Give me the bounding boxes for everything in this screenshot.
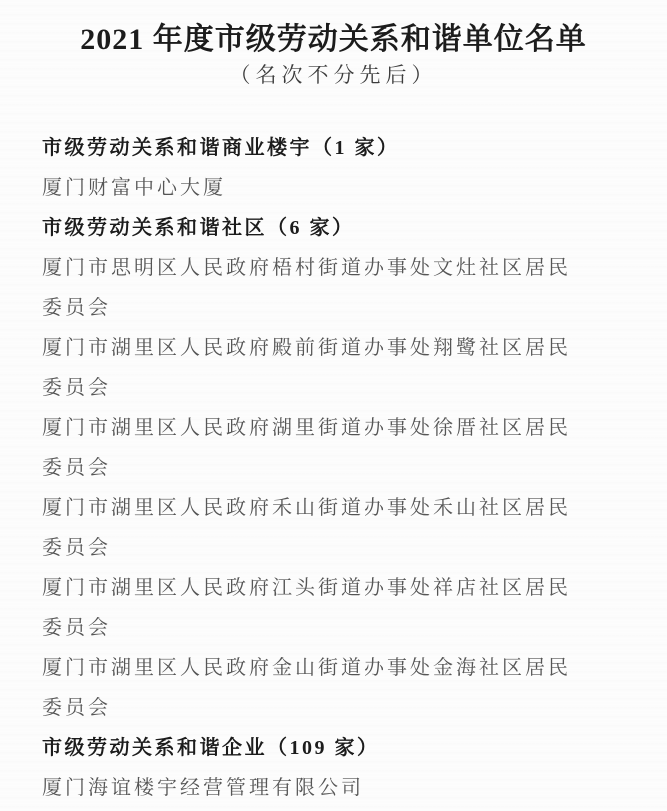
list-item-line: 厦门市湖里区人民政府殿前街道办事处翔鹭社区居民	[42, 328, 627, 368]
document-page: 2021 年度市级劳动关系和谐单位名单 （名次不分先后） 市级劳动关系和谐商业楼…	[0, 0, 667, 811]
list-item: 厦门市湖里区人民政府禾山街道办事处禾山社区居民 委员会	[42, 488, 627, 568]
section-heading-enterprises: 市级劳动关系和谐企业（109 家）	[42, 728, 627, 768]
section-heading-commercial-buildings: 市级劳动关系和谐商业楼宇（1 家）	[42, 128, 627, 168]
list-item-line: 厦门财富中心大厦	[42, 168, 627, 208]
list-item: 厦门市湖里区人民政府江头街道办事处祥店社区居民 委员会	[42, 568, 627, 648]
list-item-line: 厦门市湖里区人民政府金山街道办事处金海社区居民	[42, 648, 627, 688]
section-heading-communities: 市级劳动关系和谐社区（6 家）	[42, 208, 627, 248]
list-item-line: 委员会	[42, 448, 627, 488]
list-item-line: 委员会	[42, 528, 627, 568]
list-item-line: 委员会	[42, 368, 627, 408]
page-subtitle: （名次不分先后）	[0, 60, 667, 90]
list-item-line: 委员会	[42, 608, 627, 648]
document-body: 市级劳动关系和谐商业楼宇（1 家） 厦门财富中心大厦 市级劳动关系和谐社区（6 …	[0, 128, 667, 808]
list-item: 厦门市湖里区人民政府湖里街道办事处徐厝社区居民 委员会	[42, 408, 627, 488]
list-item-line: 委员会	[42, 688, 627, 728]
list-item-line: 厦门市湖里区人民政府湖里街道办事处徐厝社区居民	[42, 408, 627, 448]
list-item-line: 厦门市湖里区人民政府禾山街道办事处禾山社区居民	[42, 488, 627, 528]
list-item-line: 委员会	[42, 288, 627, 328]
list-item-line: 厦门市湖里区人民政府江头街道办事处祥店社区居民	[42, 568, 627, 608]
list-item: 厦门市湖里区人民政府金山街道办事处金海社区居民 委员会	[42, 648, 627, 728]
list-item-line: 厦门市思明区人民政府梧村街道办事处文灶社区居民	[42, 248, 627, 288]
list-item: 厦门市湖里区人民政府殿前街道办事处翔鹭社区居民 委员会	[42, 328, 627, 408]
list-item: 厦门市思明区人民政府梧村街道办事处文灶社区居民 委员会	[42, 248, 627, 328]
page-title: 2021 年度市级劳动关系和谐单位名单	[0, 22, 667, 58]
list-item-line: 厦门海谊楼宇经营管理有限公司	[42, 768, 627, 808]
